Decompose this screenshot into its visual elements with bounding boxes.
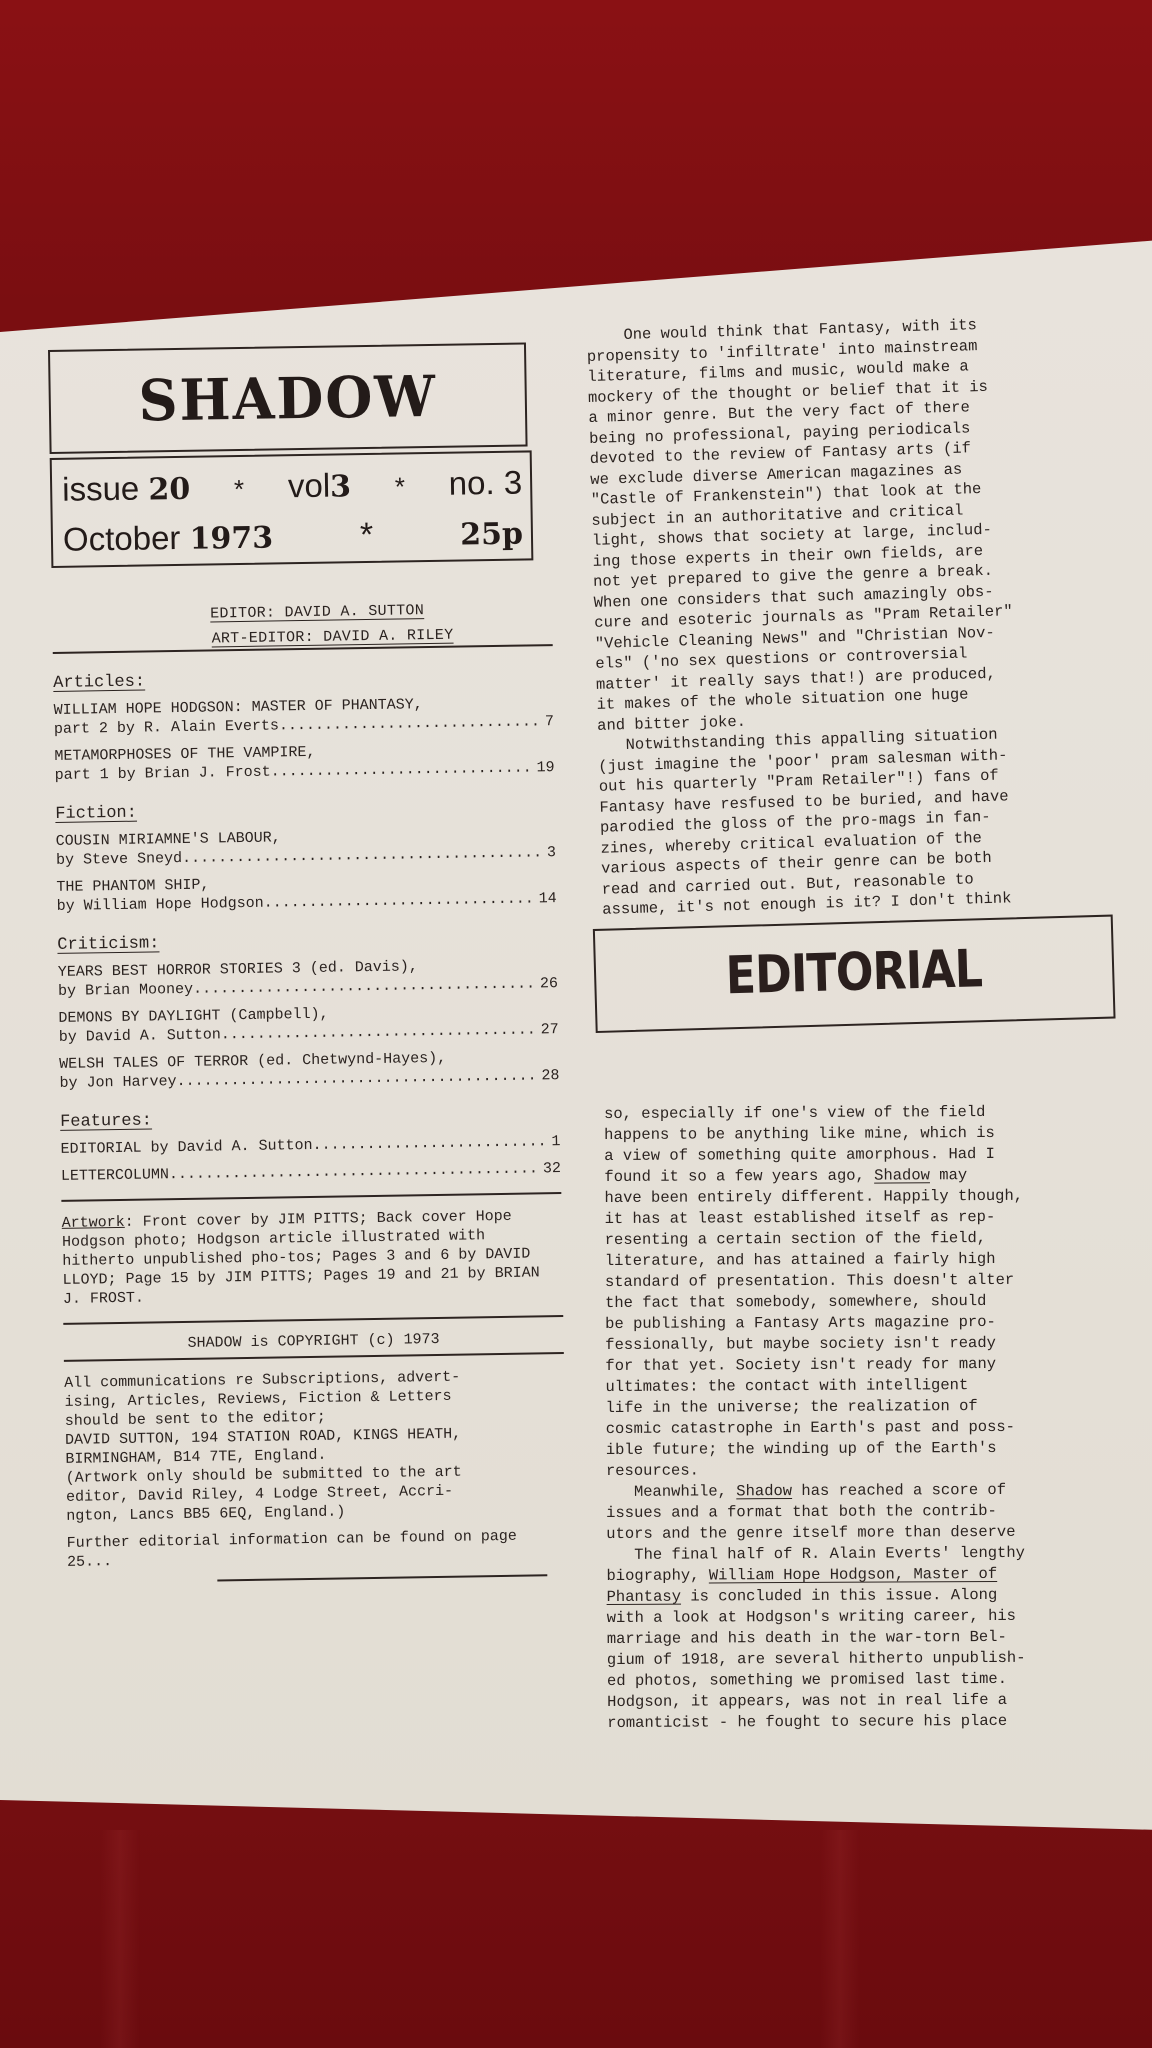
editorial-text-lower: so, especially if one's view of the fiel… [604,1101,1147,1734]
text-line: ultimates: the contact with intelligent [605,1374,1145,1398]
issue-month: October [63,519,181,558]
contents-column: SHADOW issue 20 * vol3 * no. 3 October 1… [48,342,567,1584]
issue-info-box: issue 20 * vol3 * no. 3 October 1973 * 2… [50,450,534,568]
text-line: life in the universe; the realization of [606,1395,1146,1419]
toc-entry-page: 7 [539,712,554,731]
vol-label: vol [288,467,331,505]
toc-entry: COUSIN MIRIAMNE'S LABOUR,by Steve Sneyd.… [56,824,557,870]
magazine-title: SHADOW [138,362,437,434]
divider [63,1315,563,1325]
toc-entry-page: 19 [530,758,554,777]
text-line: have been entirely different. Happily th… [604,1185,1144,1209]
editorial-lower: so, especially if one's view of the fiel… [604,1101,1147,1734]
toc-entry: LETTERCOLUMN............................… [61,1159,561,1186]
text-line: issues and a format that both the contri… [606,1500,1146,1524]
toc-entry-byline: LETTERCOLUMN............................… [61,1159,537,1185]
text-line: happens to be anything like mine, which … [604,1122,1144,1146]
artwork-credits: Artwork: Front cover by JIM PITTS; Back … [62,1206,563,1309]
issue-label: issue [62,470,140,508]
text-line: standard of presentation. This doesn't a… [605,1269,1145,1293]
text-line: be publishing a Fantasy Arts magazine pr… [605,1311,1145,1335]
text-line: romanticist - he fought to secure his pl… [607,1710,1147,1734]
separator-star-icon: * [360,511,374,559]
toc-entry-page: 32 [537,1159,561,1178]
toc-entry: THE PHANTOM SHIP,by William Hope Hodgson… [56,870,557,916]
further-info: Further editorial information can be fou… [67,1526,568,1572]
editorial-heading: EDITORIAL [726,959,983,987]
text-line: fessionally, but maybe society isn't rea… [605,1332,1145,1356]
editorial-upper: One would think that Fantasy, with itspr… [586,311,1146,1044]
art-editor-credit: ART-EDITOR: DAVID A. RILEY [52,625,552,654]
editor-credit: EDITOR: DAVID A. SUTTON [52,600,552,625]
toc-entry-page: 1 [545,1132,560,1151]
toc-entry: WILLIAM HOPE HODGSON: MASTER OF PHANTASY… [54,693,555,739]
issue-price: 25p [460,511,523,560]
separator-star-icon: * [234,465,245,513]
issue-year: 1973 [189,520,273,556]
toc-entry-page: 27 [535,1020,559,1039]
masthead-box: SHADOW [48,342,528,453]
text-line: so, especially if one's view of the fiel… [604,1101,1144,1125]
divider [217,1574,547,1581]
toc-section-heading: Fiction: [55,797,555,824]
divider [61,1192,561,1202]
text-line: ed photos, something we promised last ti… [607,1668,1147,1692]
text-line: biography, William Hope Hodgson, Master … [606,1563,1146,1587]
text-line: Hodgson, it appears, was not in real lif… [607,1689,1147,1713]
issue-number: 20 [148,472,190,508]
toc-entry: METAMORPHOSES OF THE VAMPIRE,part 1 by B… [54,739,555,785]
separator-star-icon: * [394,462,405,510]
toc-entry-page: 28 [535,1066,559,1085]
toc-section-heading: Features: [60,1105,560,1132]
toc-section-heading: Articles: [53,666,553,693]
toc-entry-page: 3 [541,843,556,862]
text-line: literature, and has attained a fairly hi… [605,1248,1145,1272]
toc-section-heading: Criticism: [57,928,557,955]
toc-entry: WELSH TALES OF TERROR (ed. Chetwynd-Haye… [59,1047,560,1093]
text-line: marriage and his death in the war-torn B… [607,1626,1147,1650]
text-line: found it so a few years ago, Shadow may [604,1164,1144,1188]
table-of-contents: Articles:WILLIAM HOPE HODGSON: MASTER OF… [53,666,561,1186]
text-line: the fact that somebody, somewhere, shoul… [605,1290,1145,1314]
text-line: ible future; the winding up of the Earth… [606,1437,1146,1461]
editorial-heading-box: EDITORIAL [593,914,1116,1032]
text-line: it has at least established itself as re… [605,1206,1145,1230]
text-line: gium of 1918, are several hitherto unpub… [607,1647,1147,1671]
toc-entry: EDITORIAL by David A. Sutton............… [60,1132,560,1159]
text-line: resources. [606,1458,1146,1482]
vol-number: 3 [330,469,351,504]
number-label: no. 3 [448,459,522,508]
text-line: with a look at Hodgson's writing career,… [607,1605,1147,1629]
text-line: resenting a certain section of the field… [605,1227,1145,1251]
text-line: cosmic catastrophe in Earth's past and p… [606,1416,1146,1440]
text-line: utors and the genre itself more than des… [606,1521,1146,1545]
toc-entry-page: 26 [534,974,558,993]
toc-entry-byline: EDITORIAL by David A. Sutton............… [60,1132,545,1159]
text-line: Phantasy is concluded in this issue. Alo… [607,1584,1147,1608]
contact-info: All communications re Subscriptions, adv… [64,1366,566,1526]
editorial-text-upper: One would think that Fantasy, with itspr… [586,311,1142,920]
copyright-notice: SHADOW is COPYRIGHT (c) 1973 [64,1329,564,1362]
text-line: for that yet. Society isn't ready for ma… [605,1353,1145,1377]
text-line: a view of something quite amorphous. Had… [604,1143,1144,1167]
text-line: Meanwhile, Shadow has reached a score of [606,1479,1146,1503]
toc-entry: DEMONS BY DAYLIGHT (Campbell),by David A… [58,1001,559,1047]
toc-entry: YEARS BEST HORROR STORIES 3 (ed. Davis),… [58,955,559,1001]
text-line: The final half of R. Alain Everts' lengt… [606,1542,1146,1566]
toc-entry-page: 14 [533,889,557,908]
